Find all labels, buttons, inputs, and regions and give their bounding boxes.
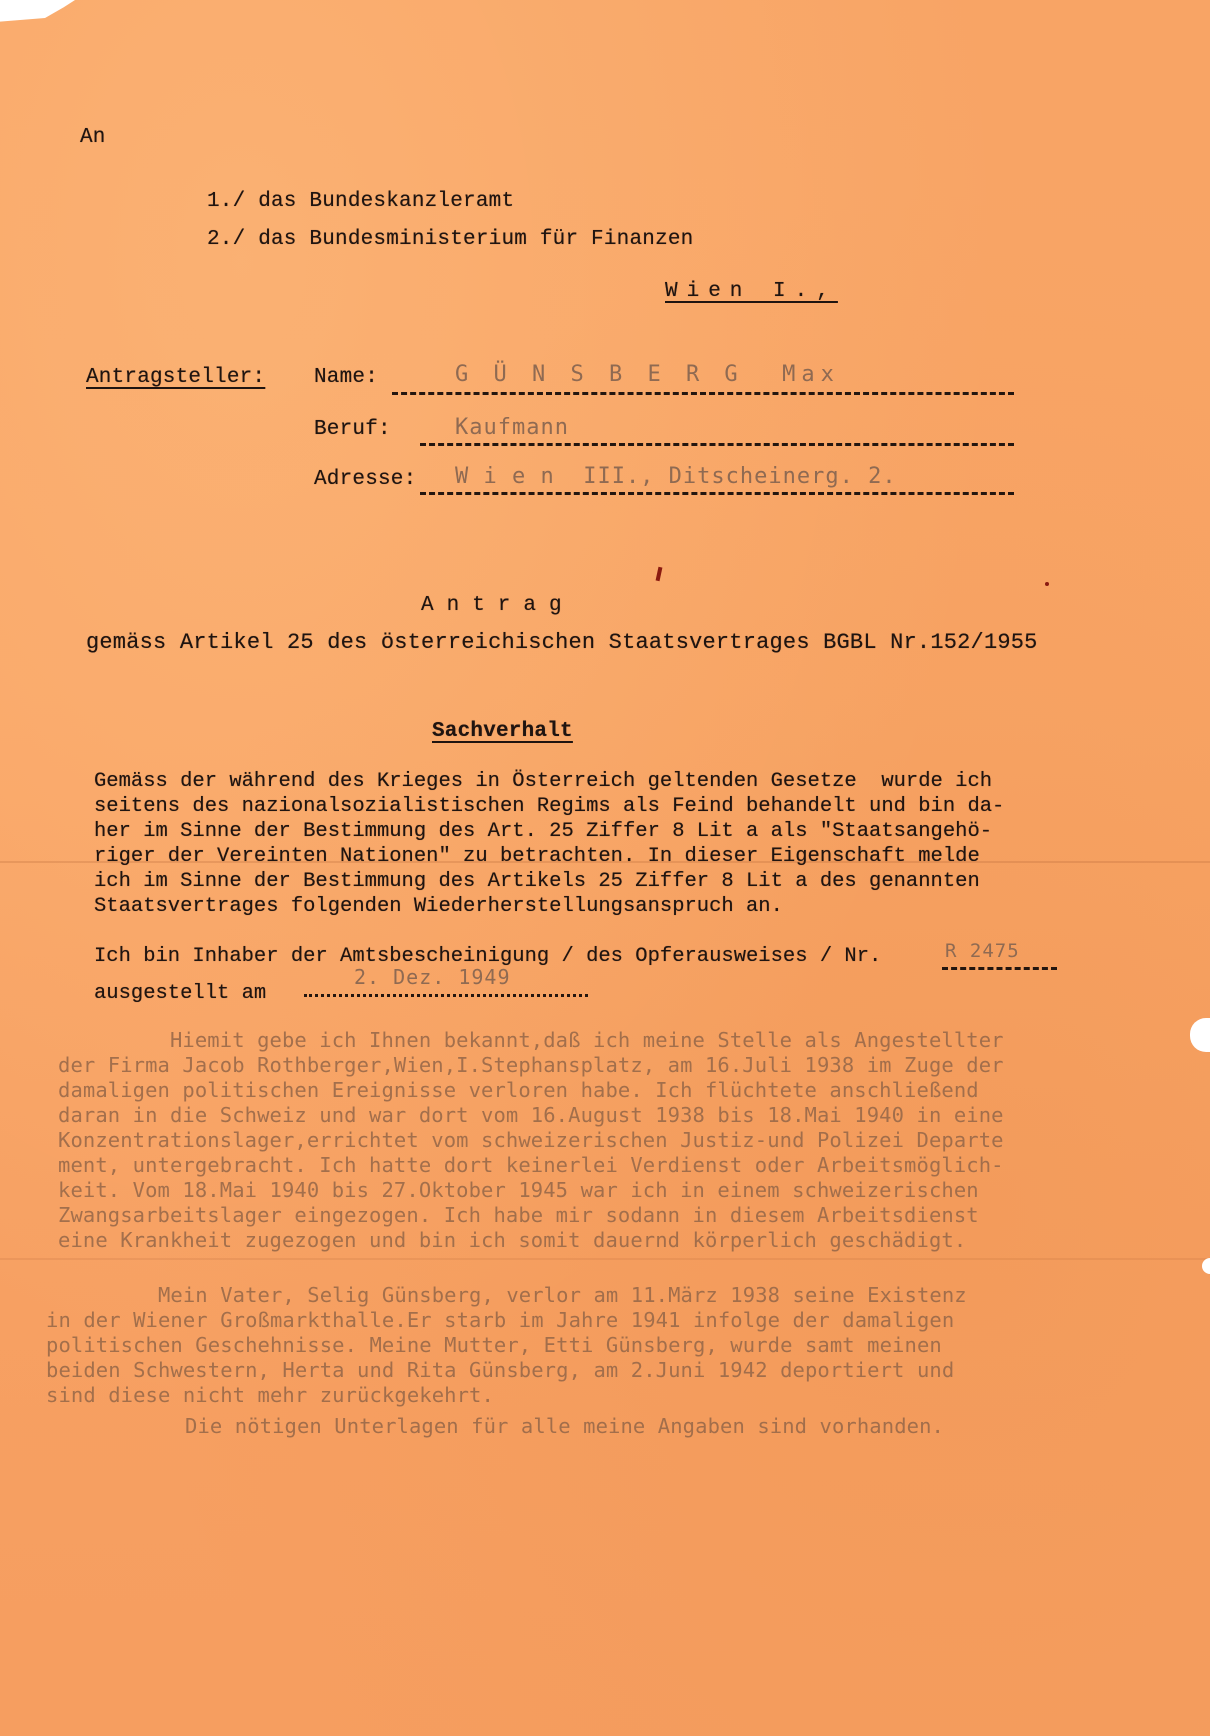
narrative-line: politischen Geschehnisse. Meine Mutter, …	[46, 1333, 942, 1357]
occupation-field-line	[420, 443, 1014, 446]
issued-label: ausgestellt am	[94, 982, 266, 1005]
certificate-number-line	[942, 967, 1057, 970]
narrative-line: Mein Vater, Selig Günsberg, verlor am 11…	[46, 1283, 967, 1307]
name-field-line	[392, 392, 1014, 395]
narrative-line: Konzentrationslager,errichtet vom schwei…	[58, 1128, 1004, 1152]
document-title: Antrag	[421, 594, 575, 617]
narrative-line: der Firma Jacob Rothberger,Wien,I.Stepha…	[58, 1053, 1004, 1077]
statement-line: Staatsvertrages folgenden Wiederherstell…	[94, 895, 783, 918]
occupation-value: Kaufmann	[455, 415, 569, 440]
narrative-line: daran in die Schweiz und war dort vom 16…	[58, 1103, 1004, 1127]
narrative-line: damaligen politischen Ereignisse verlore…	[58, 1078, 979, 1102]
name-value: G Ü N S B E R G Max	[455, 362, 840, 387]
narrative-line: eine Krankheit zugezogen und bin ich som…	[58, 1228, 966, 1252]
document-page: An 1./ das Bundeskanzleramt 2./ das Bund…	[0, 0, 1210, 1736]
ink-mark	[656, 567, 663, 582]
section-heading: Sachverhalt	[432, 720, 573, 743]
recipient-1: 1./ das Bundeskanzleramt	[207, 190, 514, 213]
closing-line: Die nötigen Unterlagen für alle meine An…	[185, 1414, 944, 1438]
certificate-number: R 2475	[945, 940, 1020, 962]
paper-fold-line	[0, 1258, 1210, 1260]
issue-date-line	[304, 994, 588, 997]
statement-line: Gemäss der während des Krieges in Österr…	[94, 770, 992, 793]
salutation: An	[80, 126, 106, 149]
torn-corner	[0, 0, 75, 24]
ink-mark	[1045, 582, 1049, 586]
paper-tear-notch	[1202, 1258, 1210, 1274]
narrative-line: Hiemit gebe ich Ihnen bekannt,daß ich me…	[58, 1028, 1004, 1052]
address-value: W i e n III., Ditscheinerg. 2.	[455, 464, 897, 489]
statement-line: seitens des nazionalsozialistischen Regi…	[94, 795, 1004, 818]
document-subtitle: gemäss Artikel 25 des österreichischen S…	[86, 630, 1038, 655]
address-field-line	[420, 492, 1014, 495]
recipient-2: 2./ das Bundesministerium für Finanzen	[207, 228, 693, 251]
statement-line: ich im Sinne der Bestimmung des Artikels…	[94, 870, 980, 893]
narrative-line: beiden Schwestern, Herta und Rita Günsbe…	[46, 1358, 954, 1382]
occupation-label: Beruf:	[314, 418, 391, 441]
issue-date-value: 2. Dez. 1949	[354, 965, 511, 989]
narrative-line: keit. Vom 18.Mai 1940 bis 27.Oktober 194…	[58, 1178, 979, 1202]
city-line: Wien I.,	[665, 280, 838, 303]
narrative-line: Zwangsarbeitslager eingezogen. Ich habe …	[58, 1203, 979, 1227]
statement-line: her im Sinne der Bestimmung des Art. 25 …	[94, 820, 992, 843]
statement-line: riger der Vereinten Nationen" zu betrach…	[94, 845, 980, 868]
name-label: Name:	[314, 366, 378, 389]
narrative-line: ment, untergebracht. Ich hatte dort kein…	[58, 1153, 1004, 1177]
narrative-line: sind diese nicht mehr zurückgekehrt.	[46, 1383, 494, 1407]
applicant-label: Antragsteller:	[86, 366, 265, 389]
address-label: Adresse:	[314, 468, 416, 491]
narrative-line: in der Wiener Großmarkthalle.Er starb im…	[46, 1308, 954, 1332]
paper-tear-hole	[1190, 1018, 1210, 1052]
